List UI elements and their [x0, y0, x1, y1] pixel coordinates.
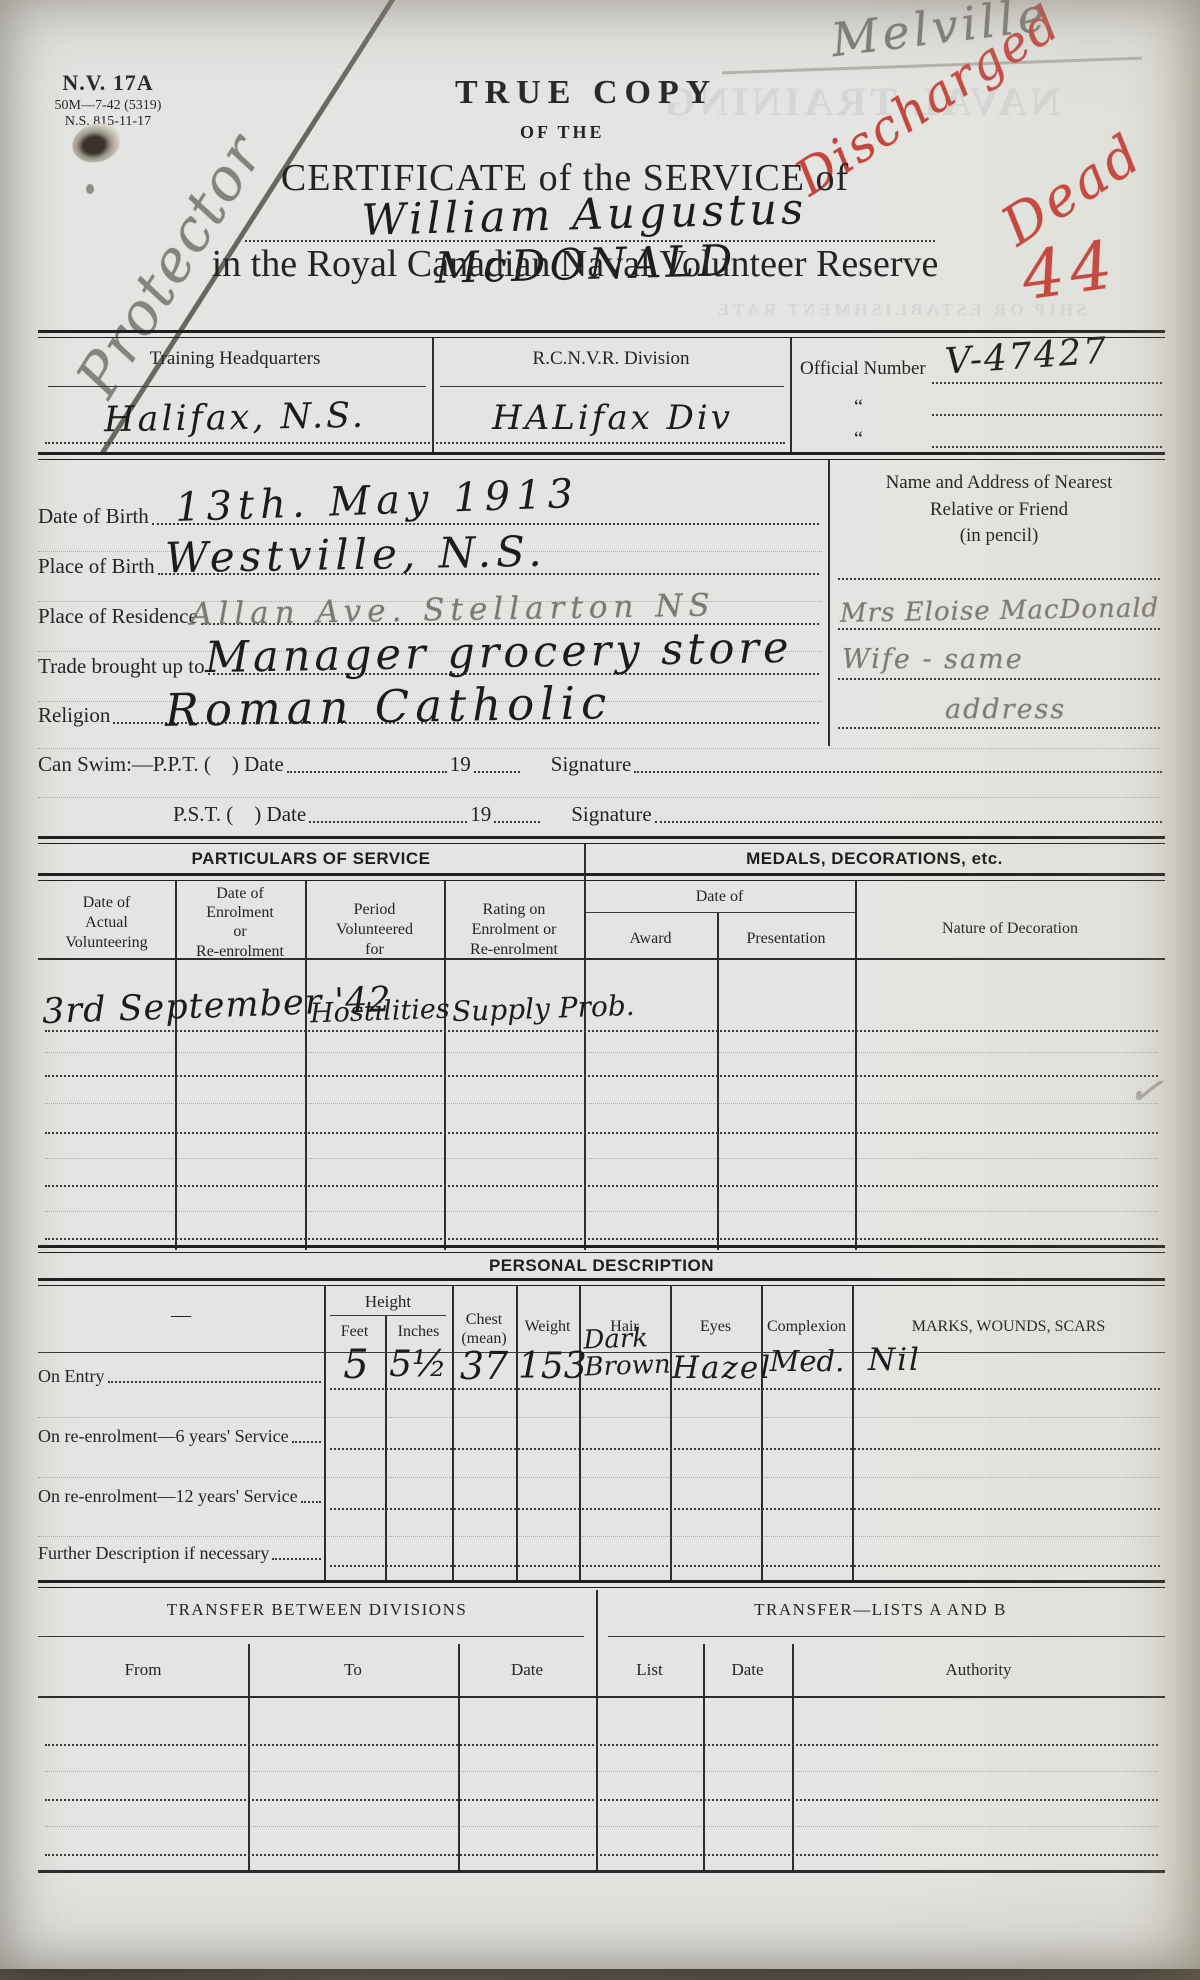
red-number-annotation: 44: [1017, 226, 1123, 316]
col-date: Date: [458, 1660, 596, 1680]
col-height: Height: [324, 1292, 452, 1312]
col-from: From: [38, 1660, 248, 1680]
ditto-dotted: [932, 446, 1162, 448]
col-eyes: Eyes: [670, 1318, 761, 1336]
trade-value: Manager grocery store: [205, 623, 793, 683]
entry-hair-value: Dark Brown: [583, 1325, 671, 1383]
row-label: Further Description if necessary: [38, 1543, 269, 1564]
header-bottom-rule: [38, 958, 1165, 960]
dotted-leader: [301, 1500, 321, 1503]
header-underline: [584, 912, 855, 913]
entry-period-volunteered: Hostilities: [310, 994, 451, 1030]
hq-dotted-line: [45, 442, 785, 444]
service-row-line: [45, 1238, 1158, 1240]
relative-dotted-line: [838, 578, 1160, 580]
header-underline: [608, 1636, 1165, 1637]
pencil-check-mark: ✓: [1125, 1064, 1167, 1117]
transfer-lists-title: TRANSFER—LISTS A AND B: [596, 1600, 1165, 1620]
table-divider: [790, 338, 792, 454]
header-underline: [440, 386, 784, 387]
row-reenrolment-6: On re-enrolment—6 years' Service: [38, 1426, 324, 1447]
col-chest: Chest (mean): [452, 1310, 516, 1348]
header-underline: [38, 1636, 584, 1637]
service-row-line: [45, 1075, 1158, 1077]
dotted-leader: [272, 1557, 321, 1560]
col-rating-on-enrolment: Rating on Enrolment or Re-enrolment: [444, 900, 584, 960]
religion-value: Roman Catholic: [165, 676, 613, 737]
relative-header-line2: Relative or Friend: [838, 497, 1160, 524]
row-label: On Entry: [38, 1366, 105, 1387]
section-rule: [38, 836, 1165, 844]
division-label: R.C.N.V.R. Division: [432, 348, 790, 370]
entry-complexion-value: Med.: [763, 1344, 851, 1378]
section-rule: [38, 1245, 1165, 1253]
row-on-entry: On Entry: [38, 1366, 324, 1387]
faint-line: [45, 1771, 1158, 1772]
relative-dotted-line: [838, 727, 1160, 729]
row-dotted: [330, 1388, 1160, 1390]
field-label: Place of Birth: [38, 554, 155, 579]
field-label: Date of Birth: [38, 504, 149, 529]
reserve-heading: in the Royal Canadian Naval Volunteer Re…: [130, 242, 1020, 286]
header-underline: [48, 386, 426, 387]
dotted-leader: [655, 820, 1162, 823]
entry-inches-value: 5½: [388, 1344, 448, 1385]
can-swim-ppt-line: Can Swim:—P.P.T. ( ) Date 19 Signature: [38, 752, 1165, 777]
particulars-of-service-title: PARTICULARS OF SERVICE: [38, 849, 584, 869]
col-presentation: Presentation: [717, 930, 855, 948]
signature-label: Signature: [571, 802, 651, 827]
col-authority: Authority: [792, 1660, 1165, 1680]
col-nature-of-decoration: Nature of Decoration: [855, 920, 1165, 938]
faint-line: [45, 1103, 1158, 1104]
col-award: Award: [584, 930, 717, 948]
relative-dotted-line: [838, 628, 1160, 630]
col-list: List: [596, 1660, 703, 1680]
col-feet: Feet: [324, 1323, 385, 1341]
faint-line: [45, 1826, 1158, 1827]
section-rule: [38, 873, 1165, 881]
col-marks-wounds-scars: MARKS, WOUNDS, SCARS: [852, 1318, 1165, 1336]
transfer-divisions-title: TRANSFER BETWEEN DIVISIONS: [38, 1600, 596, 1620]
section-rule: [38, 330, 1165, 338]
can-swim-label: Can Swim:—P.P.T. ( ) Date: [38, 752, 284, 777]
faint-line: [45, 1158, 1158, 1159]
faint-line: [38, 1417, 1160, 1418]
table-divider: [596, 1590, 598, 1872]
entry-rating: Supply Prob.: [451, 989, 635, 1028]
service-row-line: [45, 1030, 1158, 1032]
section-rule: [38, 1580, 1165, 1588]
row-label: On re-enrolment—12 years' Service: [38, 1486, 298, 1507]
col-weight: Weight: [516, 1318, 579, 1336]
row-label: On re-enrolment—6 years' Service: [38, 1426, 289, 1447]
relative-header-line1: Name and Address of Nearest: [838, 470, 1160, 497]
col-date-of-volunteering: Date of Actual Volunteering: [38, 893, 175, 953]
dotted-leader: [634, 770, 1162, 773]
service-row-line: [45, 1185, 1158, 1187]
faint-line: [38, 748, 1160, 749]
dotted-leader: [309, 820, 467, 823]
field-label: Trade brought up to: [38, 654, 205, 679]
header-underline: [330, 1315, 446, 1316]
relative-name-value: Mrs Eloise MacDonald: [840, 593, 1162, 629]
transfer-row-line: [45, 1799, 1158, 1801]
relative-dotted-line: [838, 678, 1160, 680]
row-dotted: [330, 1448, 1160, 1450]
year-prefix: 19: [470, 802, 491, 827]
transfer-row-line: [45, 1854, 1158, 1856]
faint-line: [45, 1052, 1158, 1053]
entry-feet-value: 5: [330, 1342, 382, 1388]
faint-line: [38, 797, 1160, 798]
ditto-mark: “: [854, 428, 863, 451]
pst-label: P.S.T. ( ) Date: [173, 802, 306, 827]
col-complexion: Complexion: [761, 1318, 852, 1336]
personal-description-title: PERSONAL DESCRIPTION: [38, 1256, 1165, 1276]
row-dotted: [330, 1565, 1160, 1567]
division-value: HALifax Div: [445, 398, 780, 438]
section-rule: [38, 1278, 1165, 1286]
dotted-leader: [494, 820, 540, 823]
document-subtitle: OF THE: [520, 122, 605, 143]
place-of-birth-value: Westville, N.S.: [165, 527, 547, 583]
section-rule: [38, 452, 1165, 460]
table-divider: [717, 913, 719, 1250]
relative-address-value: address: [945, 694, 1066, 725]
training-hq-value: Halifax, N.S.: [60, 395, 411, 441]
medals-title: MEDALS, DECORATIONS, etc.: [584, 849, 1165, 869]
relative-divider: [828, 460, 830, 746]
dotted-leader: [292, 1440, 321, 1443]
entry-chest-value: 37: [455, 1344, 513, 1388]
table-bottom-rule: [38, 1870, 1165, 1873]
service-row-line: [45, 1132, 1158, 1134]
relative-header-line3: (in pencil): [838, 523, 1160, 550]
dotted-leader: [108, 1380, 322, 1383]
faint-line: [38, 1477, 1160, 1478]
field-label: Place of Residence: [38, 604, 198, 629]
row-further-description: Further Description if necessary: [38, 1543, 324, 1564]
can-swim-pst-line: P.S.T. ( ) Date 19 Signature: [173, 802, 1165, 827]
scan-edge: [0, 1969, 1200, 1980]
official-number-dotted: [932, 382, 1162, 384]
training-hq-label: Training Headquarters: [38, 348, 432, 370]
document-title: TRUE COPY: [455, 74, 717, 112]
entry-weight-value: 153: [518, 1346, 576, 1387]
ditto-dotted: [932, 414, 1162, 416]
dotted-leader: [287, 770, 447, 773]
field-label: Religion: [38, 703, 110, 728]
dotted-leader: [474, 770, 520, 773]
official-number-label: Official Number: [800, 358, 926, 380]
row-dotted: [330, 1508, 1160, 1510]
col-date-of-enrolment: Date of Enrolment or Re-enrolment: [175, 884, 305, 961]
col-date-2: Date: [703, 1660, 792, 1680]
relative-header: Name and Address of Nearest Relative or …: [838, 470, 1160, 550]
header-bottom-rule: [38, 1696, 1165, 1698]
official-number-value: V-47427: [944, 330, 1110, 382]
ditto-mark: “: [854, 396, 863, 419]
col-to: To: [248, 1660, 458, 1680]
row-reenrolment-12: On re-enrolment—12 years' Service: [38, 1486, 324, 1507]
year-prefix: 19: [450, 752, 471, 777]
row-label-dash: —: [38, 1304, 324, 1327]
entry-marks-value: Nil: [868, 1342, 921, 1378]
entry-eyes-value: Hazel: [672, 1350, 760, 1386]
signature-label: Signature: [551, 752, 631, 777]
transfer-row-line: [45, 1744, 1158, 1746]
scanned-service-certificate: NAVAL TRAINING SHIP OR ESTABLISHMENT RAT…: [0, 0, 1200, 1980]
col-period-volunteered: Period Volunteered for: [305, 900, 444, 960]
relative-relationship-value: Wife - same: [842, 644, 1164, 675]
medals-date-of-header: Date of: [584, 888, 855, 906]
faint-line: [45, 1211, 1158, 1212]
col-inches: Inches: [385, 1323, 452, 1341]
faint-line: [38, 1536, 1160, 1537]
